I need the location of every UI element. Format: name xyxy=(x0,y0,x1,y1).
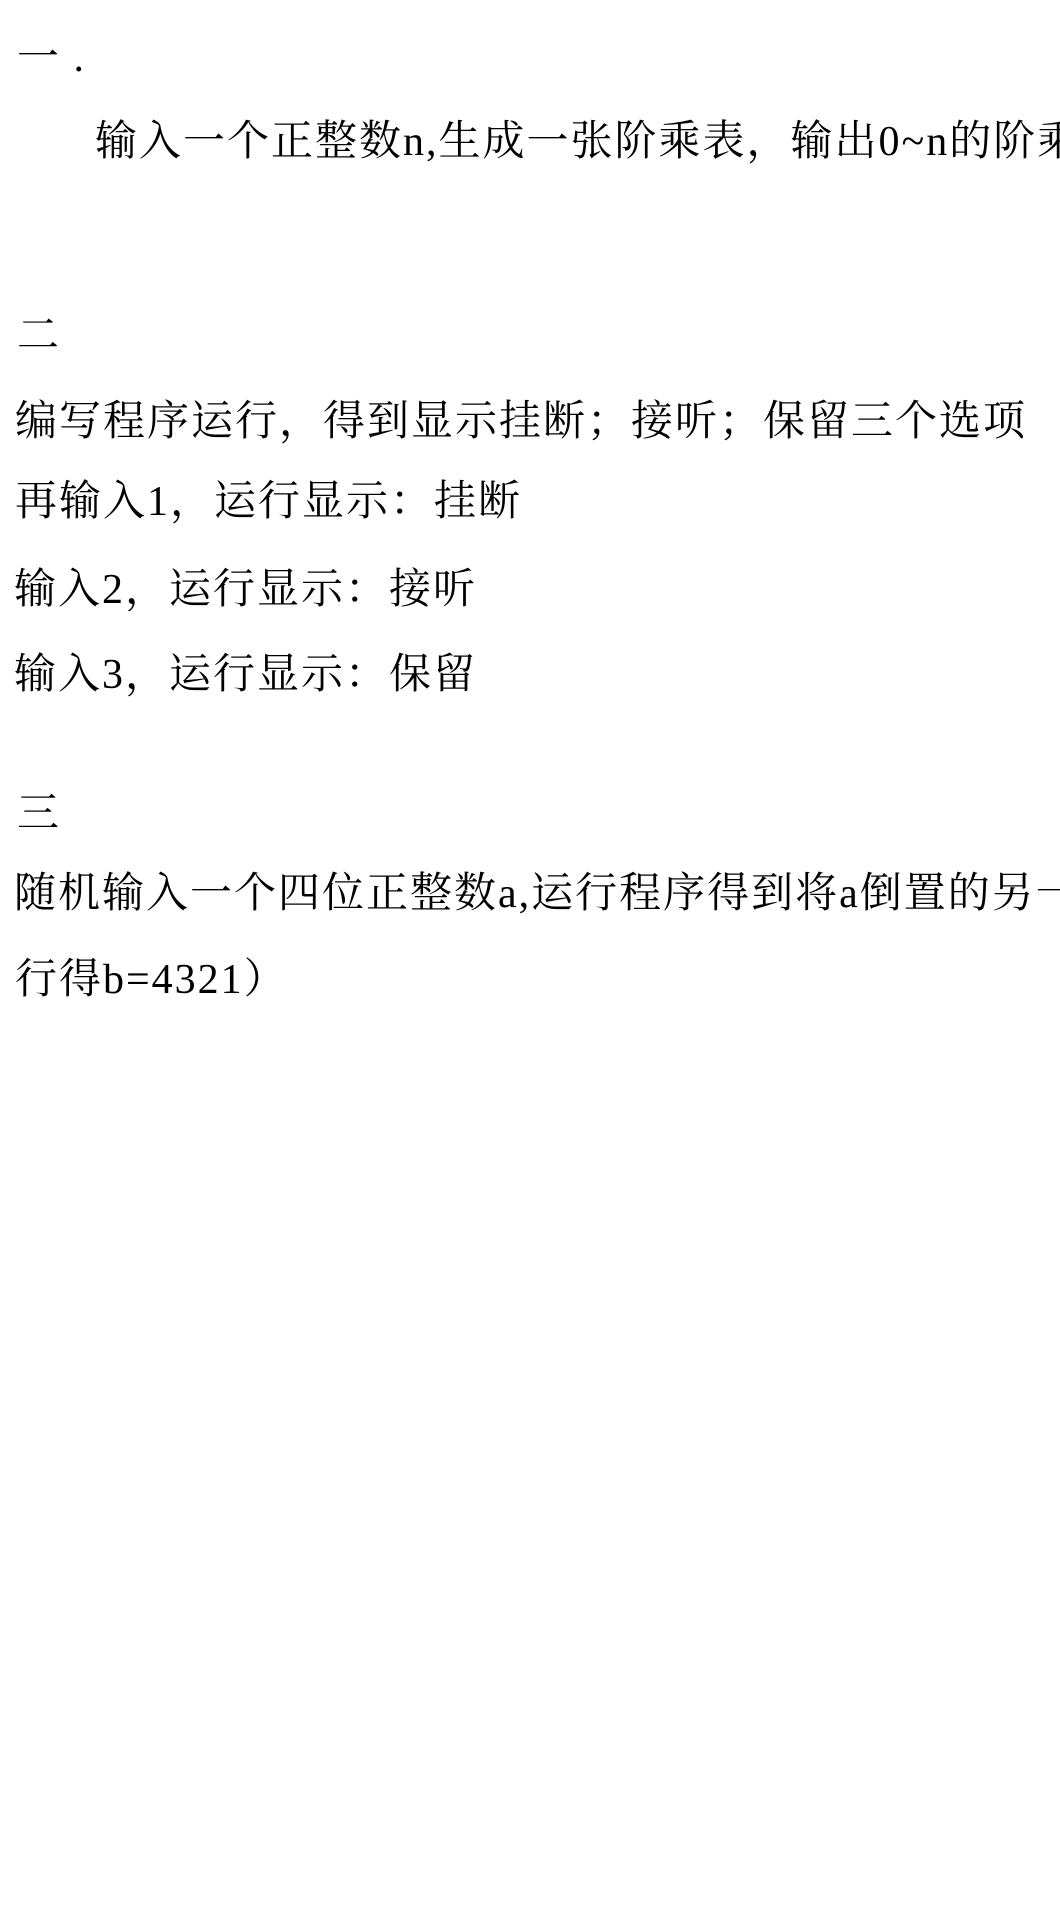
section-1-heading: 一 . xyxy=(17,34,86,82)
section-2-line-4: 输入3，运行显示：保留 xyxy=(14,651,477,699)
section-3-line-1: 随机输入一个四位正整数a,运行程序得到将a倒置的另一个四位 xyxy=(14,870,1060,918)
section-2-line-2: 再输入1，运行显示：挂断 xyxy=(15,478,522,526)
section-2-line-1: 编写程序运行，得到显示挂断；接听；保留三个选项 xyxy=(15,398,1027,446)
section-3-heading: 三 xyxy=(17,790,61,838)
section-2-heading: 二 xyxy=(17,312,61,360)
section-2-line-3: 输入2，运行显示：接听 xyxy=(14,566,477,614)
document-page: 一 . 输入一个正整数n,生成一张阶乘表，输出0~n的阶乘值。 二 编写程序运行… xyxy=(0,0,1060,1918)
section-3-line-2: 行得b=4321） xyxy=(15,956,288,1004)
section-1-body-text: 输入一个正整数n,生成一张阶乘表，输出0~n的阶乘值。 xyxy=(95,118,1060,166)
